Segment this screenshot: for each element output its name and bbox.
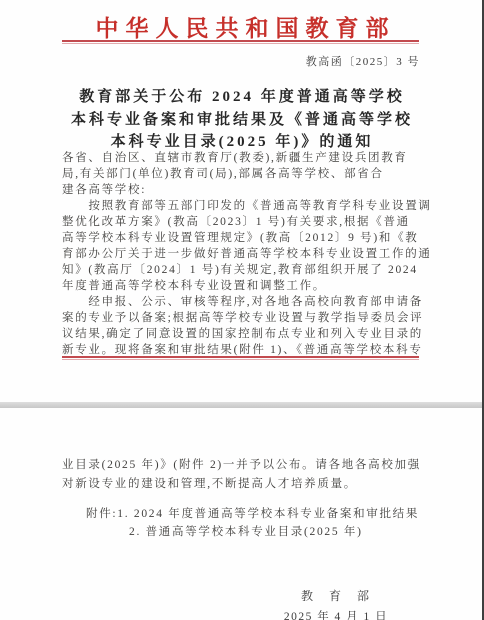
body-line: 案的专业予以备案;根据高等学校专业设置与教学指导委员会评 xyxy=(62,310,424,326)
page-gap-band xyxy=(0,402,484,408)
body-line: 各省、自治区、直辖市教育厅(教委),新疆生产建设兵团教育 xyxy=(62,150,424,166)
attachment-line-1: 附件:1. 2024 年度普通高等学校本科专业备案和审批结果 xyxy=(86,505,436,523)
body-line: 议结果,确定了同意设置的国家控制布点专业和列入专业目录的 xyxy=(62,326,424,342)
header-red-rule xyxy=(62,40,419,44)
body-line: 对新设专业的建设和管理,不断提高人才培养质量。 xyxy=(62,475,424,494)
body-line: 按照教育部等五部门印发的《普通高等教育学科专业设置调 xyxy=(62,198,424,214)
body-line: 知》(教高厅〔2024〕1 号)有关规定,教育部组织开展了 2024 xyxy=(62,262,424,278)
body-line: 建各高等学校: xyxy=(62,182,424,198)
body-line: 业目录(2025 年)》(附件 2)一并予以公布。请各地各高校加强 xyxy=(62,456,424,475)
attachment-line-2: 2. 普通高等学校本科专业目录(2025 年) xyxy=(86,523,436,541)
notice-title-line-1: 教育部关于公布 2024 年度普通高等学校 xyxy=(0,86,484,109)
body-line: 经申报、公示、审核等程序,对各地各高校向教育部申请备 xyxy=(62,294,424,310)
notice-title-line-2: 本科专业备案和审批结果及《普通高等学校 xyxy=(0,109,484,132)
body-line: 高等学校本科专业设置管理规定》(教高〔2012〕9 号)和《教 xyxy=(62,230,424,246)
body-line: 育部办公厅关于进一步做好普通高等学校本科专业设置工作的通 xyxy=(62,246,424,262)
ministry-header-title: 中华人民共和国教育部 xyxy=(0,10,484,43)
signer-name: 教 育 部 xyxy=(252,587,420,604)
notice-title: 教育部关于公布 2024 年度普通高等学校 本科专业备案和审批结果及《普通高等学… xyxy=(0,86,484,154)
document-viewer: 中华人民共和国教育部 教高函〔2025〕3 号 教育部关于公布 2024 年度普… xyxy=(0,0,484,620)
sign-date: 2025 年 4 月 1 日 xyxy=(252,608,420,620)
signature-block: 教 育 部 2025 年 4 月 1 日 xyxy=(252,587,420,620)
body-line: 整优化改革方案》(教高〔2023〕1 号)有关要求,根据《普通 xyxy=(62,214,424,230)
attachment-list: 附件:1. 2024 年度普通高等学校本科专业备案和审批结果 2. 普通高等学校… xyxy=(86,505,436,541)
page-1-bottom-red-rule xyxy=(62,356,419,360)
body-line: 局,有关部门(单位)教育司(局),部属各高等学校、部省合 xyxy=(62,166,424,182)
page-1-body: 各省、自治区、直辖市教育厅(教委),新疆生产建设兵团教育 局,有关部门(单位)教… xyxy=(62,150,424,358)
page-2-body: 业目录(2025 年)》(附件 2)一并予以公布。请各地各高校加强 对新设专业的… xyxy=(62,456,424,493)
body-line: 年度普通高等学校本科专业设置和调整工作。 xyxy=(62,278,424,294)
doc-number: 教高函〔2025〕3 号 xyxy=(306,53,420,69)
